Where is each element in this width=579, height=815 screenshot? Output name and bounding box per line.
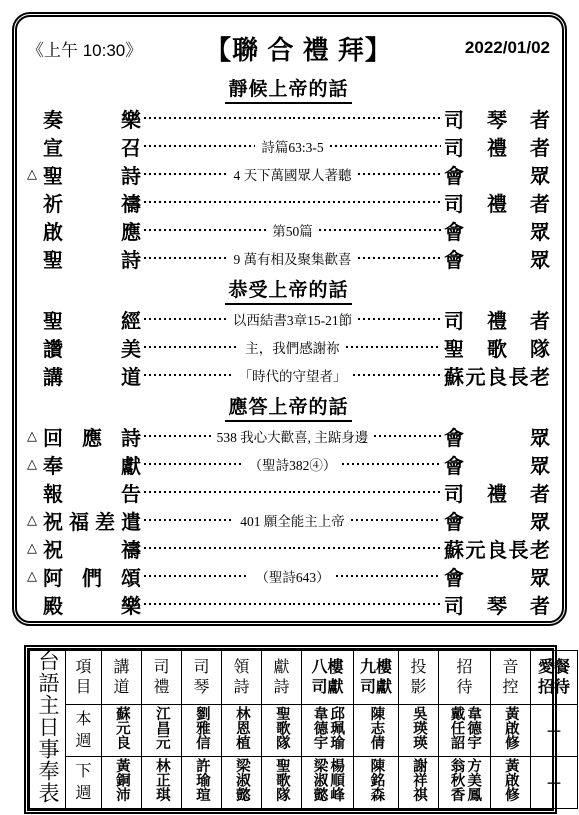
duty-name: 林恩植 — [233, 706, 250, 750]
program-row: 宣召 詩篇63:3-5 司禮者 — [27, 132, 550, 160]
leader-dots — [144, 257, 227, 259]
stand-marker: △ — [27, 160, 43, 188]
leader-dots — [144, 519, 234, 521]
column-header: 投 影 — [410, 659, 426, 696]
dotted-leader — [144, 201, 441, 203]
leader-dots — [144, 463, 243, 465]
column-header: 招 待 — [456, 659, 472, 696]
row-label-cell: 本 週 — [66, 705, 102, 757]
program-item: 祝禱 — [43, 534, 141, 563]
duty-name: 梁淑懿 — [233, 758, 250, 802]
dotted-leader — [144, 603, 441, 605]
program-row: △ 回應詩 538 我心大歡喜, 主踮身邊 會眾 — [27, 422, 550, 450]
program-role: 司琴者 — [444, 590, 550, 619]
leader-dots — [374, 435, 441, 437]
program-item: 阿們頌 — [43, 562, 141, 591]
duty-cell: 江昌元 — [142, 705, 182, 757]
leader-dots — [293, 117, 442, 119]
row-label-cell: 下 週 — [66, 757, 102, 809]
duty-col-sermon: 講 道 — [102, 651, 142, 705]
dotted-leader: 「時代的守望者」 — [144, 365, 441, 385]
stand-marker: △ — [27, 422, 43, 450]
program-role: 會眾 — [444, 160, 550, 189]
duty-name: 邱珮瑜 韋德宇 — [311, 706, 344, 750]
duty-cell: 韋德宇 戴任詔 — [439, 705, 491, 757]
duty-name: 謝祥祺 — [410, 758, 427, 802]
program-item: 聖詩 — [43, 160, 141, 189]
program-content: 「時代的守望者」 — [233, 365, 353, 385]
program-row: △ 祝禱 蘇元良長老 — [27, 534, 550, 562]
duty-table-title: 台語主日事奉表 — [37, 651, 58, 805]
duty-cell: 蘇元良 — [102, 705, 142, 757]
column-header: 項 目 — [75, 659, 91, 696]
program-content: 以西結書3章15-21節 — [227, 309, 358, 329]
duty-name: 聖歌隊 — [273, 758, 290, 802]
program-content: 詩篇63:3-5 — [255, 136, 329, 156]
duty-dash: － — [546, 724, 562, 741]
program-row: 祈禱 司禮者 — [27, 188, 550, 216]
leader-dots — [144, 575, 249, 577]
duty-col-projection: 投 影 — [399, 651, 439, 705]
leader-dots — [144, 435, 211, 437]
section-heading-text: 靜候上帝的話 — [225, 74, 351, 104]
duty-cell: 梁淑懿 — [222, 757, 262, 809]
program-row: 奏樂 司琴者 — [27, 104, 550, 132]
duty-cell: － — [531, 705, 578, 757]
program-row: △ 奉獻 （聖詩382④） 會眾 — [27, 450, 550, 478]
program-item: 奏樂 — [43, 104, 141, 133]
program-role: 會眾 — [444, 244, 550, 273]
stand-marker: △ — [27, 450, 43, 478]
leader-dots — [351, 519, 441, 521]
dotted-leader: 538 我心大歡喜, 主踮身邊 — [144, 426, 441, 446]
duty-name: 陳志倩 — [368, 706, 385, 750]
program-row: 讚美 主，我們感謝祢 聖歌隊 — [27, 333, 550, 361]
dotted-leader: （聖詩382④） — [144, 454, 441, 474]
duty-col-song-leader: 領 詩 — [222, 651, 262, 705]
column-header: 獻 詩 — [273, 659, 289, 696]
leader-dots — [342, 463, 441, 465]
dotted-leader: 401 願全能主上帝 — [144, 510, 441, 530]
duty-cell: 陳志倩 — [354, 705, 399, 757]
duty-col-meal-usher: 愛餐 招待 — [531, 651, 578, 705]
duty-name: 陳銘森 — [368, 758, 385, 802]
row-label: 本 週 — [75, 711, 91, 750]
leader-dots — [144, 491, 293, 493]
program-item: 奉獻 — [43, 450, 141, 479]
duty-cell: － — [531, 757, 578, 809]
leader-dots — [144, 117, 293, 119]
program-item: 宣召 — [43, 132, 141, 161]
duty-col-item: 項 目 — [66, 651, 102, 705]
section-heading-1: 靜候上帝的話 — [27, 74, 550, 104]
duty-header-row: 台語主日事奉表 項 目 講 道 司 禮 司 琴 領 詩 獻 詩 八樓 司獻 九樓… — [30, 651, 578, 705]
duty-col-offering-9f: 九樓 司獻 — [354, 651, 399, 705]
program-row: 聖詩 9 萬有相及聚集歡喜 會眾 — [27, 244, 550, 272]
page-title: 【聯 合 禮 拜】 — [159, 30, 438, 67]
program-role: 司琴者 — [444, 104, 550, 133]
duty-name: 黃銅沛 — [113, 758, 130, 802]
duty-name: 方美鳳 翁秋香 — [448, 758, 481, 802]
program-role: 會眾 — [444, 422, 550, 451]
column-header: 音 控 — [502, 659, 518, 696]
program-item: 報告 — [43, 478, 141, 507]
program-item: 祈禱 — [43, 188, 141, 217]
stand-marker: △ — [27, 506, 43, 534]
program-item: 回應詩 — [43, 422, 141, 451]
program-content: （聖詩382④） — [243, 454, 343, 474]
leader-dots — [144, 547, 293, 549]
section-heading-text: 應答上帝的話 — [225, 392, 351, 422]
row-label: 下 週 — [75, 763, 91, 802]
duty-cell: 聖歌隊 — [262, 757, 302, 809]
duty-cell: 吳瑛瑛 — [399, 705, 439, 757]
program-content: 401 願全能主上帝 — [234, 510, 351, 530]
program-row: 啟應 第50篇 會眾 — [27, 216, 550, 244]
dotted-leader — [144, 491, 441, 493]
leader-dots — [358, 318, 441, 320]
duty-col-anthem: 獻 詩 — [262, 651, 302, 705]
program-row: 報告 司禮者 — [27, 478, 550, 506]
duty-name: 黃啟修 — [502, 758, 519, 802]
duty-dash: － — [546, 776, 562, 793]
dotted-leader: 9 萬有相及聚集歡喜 — [144, 248, 441, 268]
program-item: 聖經 — [43, 305, 141, 334]
duty-row-this-week: 本 週 蘇元良 江昌元 劉雅信 林恩植 聖歌隊 邱珮瑜 韋德宇 陳志倩 吳瑛瑛 … — [30, 705, 578, 757]
column-header: 愛餐 招待 — [538, 659, 570, 696]
section-heading-3: 應答上帝的話 — [27, 392, 550, 422]
stand-marker: △ — [27, 562, 43, 590]
duty-name: 楊順峰 梁淑懿 — [311, 758, 344, 802]
program-content: 第50篇 — [266, 220, 319, 240]
duty-name: 劉雅信 — [193, 706, 210, 750]
program-role: 司禮者 — [444, 188, 550, 217]
section-heading-2: 恭受上帝的話 — [27, 275, 550, 305]
column-header: 司 禮 — [153, 659, 169, 696]
program-header: 《上午 10:30》 【聯 合 禮 拜】 2022/01/02 — [27, 25, 550, 71]
program-role: 蘇元良長老 — [444, 361, 550, 390]
duty-cell: 林正琪 — [142, 757, 182, 809]
leader-dots — [346, 346, 441, 348]
leader-dots — [353, 374, 442, 376]
duty-col-audio: 音 控 — [491, 651, 531, 705]
program-role: 蘇元良長老 — [444, 534, 550, 563]
column-header: 司 琴 — [193, 659, 209, 696]
duty-cell: 許瑜瑄 — [182, 757, 222, 809]
leader-dots — [144, 603, 293, 605]
duty-cell: 黃啟修 — [491, 705, 531, 757]
leader-dots — [358, 173, 441, 175]
service-date: 2022/01/02 — [438, 38, 550, 58]
column-header: 講 道 — [113, 659, 129, 696]
worship-program-box: 《上午 10:30》 【聯 合 禮 拜】 2022/01/02 靜候上帝的話 奏… — [12, 12, 567, 626]
column-header: 九樓 司獻 — [360, 659, 392, 696]
duty-cell: 謝祥祺 — [399, 757, 439, 809]
program-item: 啟應 — [43, 216, 141, 245]
program-role: 司禮者 — [444, 132, 550, 161]
duty-table-title-cell: 台語主日事奉表 — [30, 651, 66, 809]
leader-dots — [144, 346, 239, 348]
program-content: 主，我們感謝祢 — [239, 337, 346, 357]
program-item: 講道 — [43, 361, 141, 390]
leader-dots — [336, 575, 441, 577]
leader-dots — [293, 603, 442, 605]
duty-name: 黃啟修 — [502, 706, 519, 750]
program-item: 殿樂 — [43, 590, 141, 619]
dotted-leader: （聖詩643） — [144, 566, 441, 586]
program-content: 538 我心大歡喜, 主踮身邊 — [211, 426, 375, 446]
duty-name: 江昌元 — [153, 706, 170, 750]
dotted-leader: 詩篇63:3-5 — [144, 136, 441, 156]
dotted-leader — [144, 547, 441, 549]
duty-name: 許瑜瑄 — [193, 758, 210, 802]
duty-cell: 劉雅信 — [182, 705, 222, 757]
duty-col-liturgist: 司 禮 — [142, 651, 182, 705]
program-row: 殿樂 司琴者 — [27, 590, 550, 618]
program-row: △ 聖詩 4 天下萬國眾人著聽 會眾 — [27, 160, 550, 188]
column-header: 領 詩 — [233, 659, 249, 696]
section-heading-text: 恭受上帝的話 — [225, 275, 351, 305]
program-role: 會眾 — [444, 506, 550, 535]
program-role: 會眾 — [444, 450, 550, 479]
leader-dots — [358, 257, 441, 259]
program-item: 聖詩 — [43, 244, 141, 273]
leader-dots — [144, 145, 255, 147]
program-row: △ 祝福差遣 401 願全能主上帝 會眾 — [27, 506, 550, 534]
program-role: 司禮者 — [444, 305, 550, 334]
column-header: 八樓 司獻 — [311, 659, 343, 696]
program-content: 9 萬有相及聚集歡喜 — [227, 248, 357, 268]
duty-name: 林正琪 — [153, 758, 170, 802]
leader-dots — [293, 491, 442, 493]
dotted-leader: 以西結書3章15-21節 — [144, 309, 441, 329]
dotted-leader: 主，我們感謝祢 — [144, 337, 441, 357]
program-row: 講道 「時代的守望者」 蘇元良長老 — [27, 361, 550, 389]
program-row: 聖經 以西結書3章15-21節 司禮者 — [27, 305, 550, 333]
duty-cell: 黃銅沛 — [102, 757, 142, 809]
program-role: 會眾 — [444, 216, 550, 245]
dotted-leader: 4 天下萬國眾人著聽 — [144, 164, 441, 184]
leader-dots — [293, 547, 442, 549]
duty-name: 聖歌隊 — [273, 706, 290, 750]
dotted-leader — [144, 117, 441, 119]
leader-dots — [319, 229, 441, 231]
duty-name: 韋德宇 戴任詔 — [448, 706, 481, 750]
program-role: 會眾 — [444, 562, 550, 591]
leader-dots — [144, 229, 266, 231]
duty-row-next-week: 下 週 黃銅沛 林正琪 許瑜瑄 梁淑懿 聖歌隊 楊順峰 梁淑懿 陳銘森 謝祥祺 … — [30, 757, 578, 809]
duty-name: 吳瑛瑛 — [410, 706, 427, 750]
duty-cell: 楊順峰 梁淑懿 — [302, 757, 354, 809]
leader-dots — [144, 318, 227, 320]
program-item: 讚美 — [43, 333, 141, 362]
duty-cell: 方美鳳 翁秋香 — [439, 757, 491, 809]
duty-roster: 台語主日事奉表 項 目 講 道 司 禮 司 琴 領 詩 獻 詩 八樓 司獻 九樓… — [24, 645, 557, 814]
leader-dots — [293, 201, 442, 203]
program-role: 司禮者 — [444, 478, 550, 507]
leader-dots — [144, 374, 233, 376]
duty-col-pianist: 司 琴 — [182, 651, 222, 705]
program-content: （聖詩643） — [249, 566, 335, 586]
duty-col-usher: 招 待 — [439, 651, 491, 705]
duty-cell: 邱珮瑜 韋德宇 — [302, 705, 354, 757]
program-row: △ 阿們頌 （聖詩643） 會眾 — [27, 562, 550, 590]
duty-roster-table: 台語主日事奉表 項 目 講 道 司 禮 司 琴 領 詩 獻 詩 八樓 司獻 九樓… — [29, 650, 578, 809]
service-time: 《上午 10:30》 — [27, 36, 159, 61]
bulletin-page: 《上午 10:30》 【聯 合 禮 拜】 2022/01/02 靜候上帝的話 奏… — [0, 0, 579, 815]
program-item: 祝福差遣 — [43, 506, 141, 535]
duty-col-offering-8f: 八樓 司獻 — [302, 651, 354, 705]
leader-dots — [144, 201, 293, 203]
program-content: 4 天下萬國眾人著聽 — [227, 164, 357, 184]
stand-marker: △ — [27, 534, 43, 562]
duty-name: 蘇元良 — [113, 706, 130, 750]
dotted-leader: 第50篇 — [144, 220, 441, 240]
duty-cell: 陳銘森 — [354, 757, 399, 809]
duty-cell: 聖歌隊 — [262, 705, 302, 757]
duty-cell: 林恩植 — [222, 705, 262, 757]
program-role: 聖歌隊 — [444, 333, 550, 362]
duty-cell: 黃啟修 — [491, 757, 531, 809]
leader-dots — [330, 145, 441, 147]
leader-dots — [144, 173, 227, 175]
